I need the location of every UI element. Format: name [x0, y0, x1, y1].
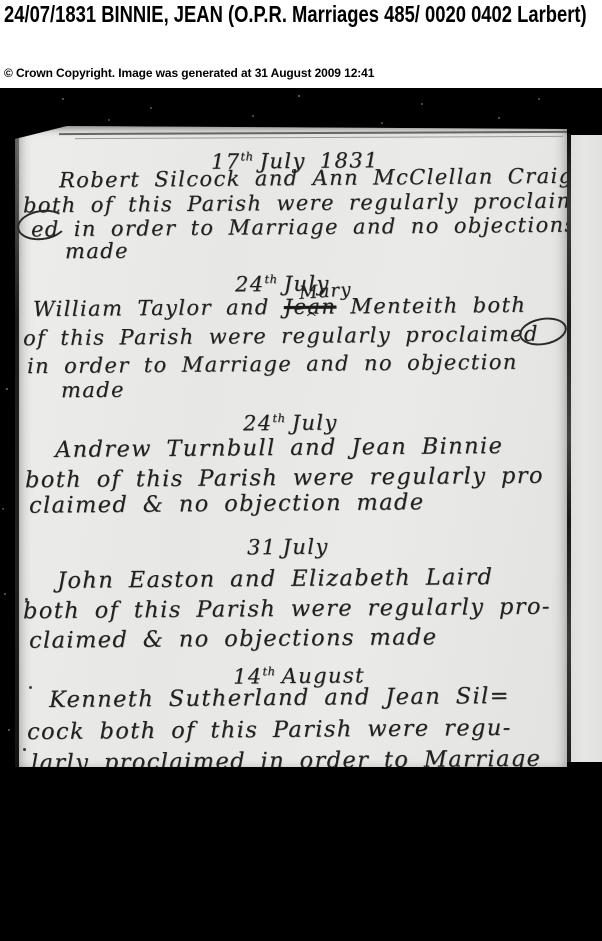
line-text: Menteith both — [336, 293, 526, 319]
record-title: 24/07/1831 BINNIE, JEAN (O.P.R. Marriage… — [4, 1, 593, 28]
struck-name: Jean — [284, 295, 337, 319]
entry-date-day: 24 — [235, 272, 265, 296]
register-line: Andrew Turnbull and Jean Binnie — [55, 433, 504, 463]
entry-date-suffix: th — [262, 664, 275, 678]
register-line: larly proclaimed in order to Marriage — [31, 746, 542, 767]
entry-date-suffix: th — [264, 272, 277, 286]
register-line: claimed & no objections made — [29, 624, 438, 654]
register-line: both of this Parish were regularly pro — [25, 463, 544, 494]
page-top-edge — [59, 131, 567, 135]
adjacent-page-edge — [571, 135, 602, 762]
copyright-line: © Crown Copyright. Image was generated a… — [4, 66, 374, 80]
entry-date-suffix: th — [272, 411, 285, 425]
line-text: William Taylor and — [33, 295, 284, 321]
entry-date-month: July — [282, 535, 328, 559]
entry-date-day: 31 — [247, 535, 277, 559]
entry-date: 24thJuly — [243, 405, 338, 437]
register-line: both of this Parish were regularly pro- — [23, 594, 551, 625]
entry-date-day: 24 — [243, 411, 273, 435]
register-line: made — [65, 238, 129, 265]
register-line: of this Parish were regularly proclaimed — [23, 321, 539, 352]
page-top-edge-shadow — [75, 136, 563, 139]
register-page: 17thJuly 1831 Robert Silcock and Ann McC… — [15, 126, 567, 767]
record-image-page: { "header": { "title": "24/07/1831 BINNI… — [0, 0, 602, 941]
register-line: William Taylor and Jean Menteith both — [33, 292, 527, 322]
record-header: 24/07/1831 BINNIE, JEAN (O.P.R. Marriage… — [0, 0, 602, 88]
register-line: in order to Marriage and no objection — [27, 349, 518, 379]
register-line: Kenneth Sutherland and Jean Sil= — [49, 683, 510, 713]
entry-date-month: July — [292, 411, 338, 435]
register-line: cock both of this Parish were regu- — [27, 715, 512, 745]
entry-date-suffix: th — [240, 149, 253, 163]
register-line: made — [61, 377, 125, 404]
record-scan-viewport: 17thJuly 1831 Robert Silcock and Ann McC… — [0, 88, 602, 941]
register-line: claimed & no objection made — [29, 489, 425, 518]
scan-noise — [0, 88, 2, 90]
register-line: John Easton and Elizabeth Laird — [57, 564, 494, 594]
entry-date: 31July — [247, 529, 329, 561]
